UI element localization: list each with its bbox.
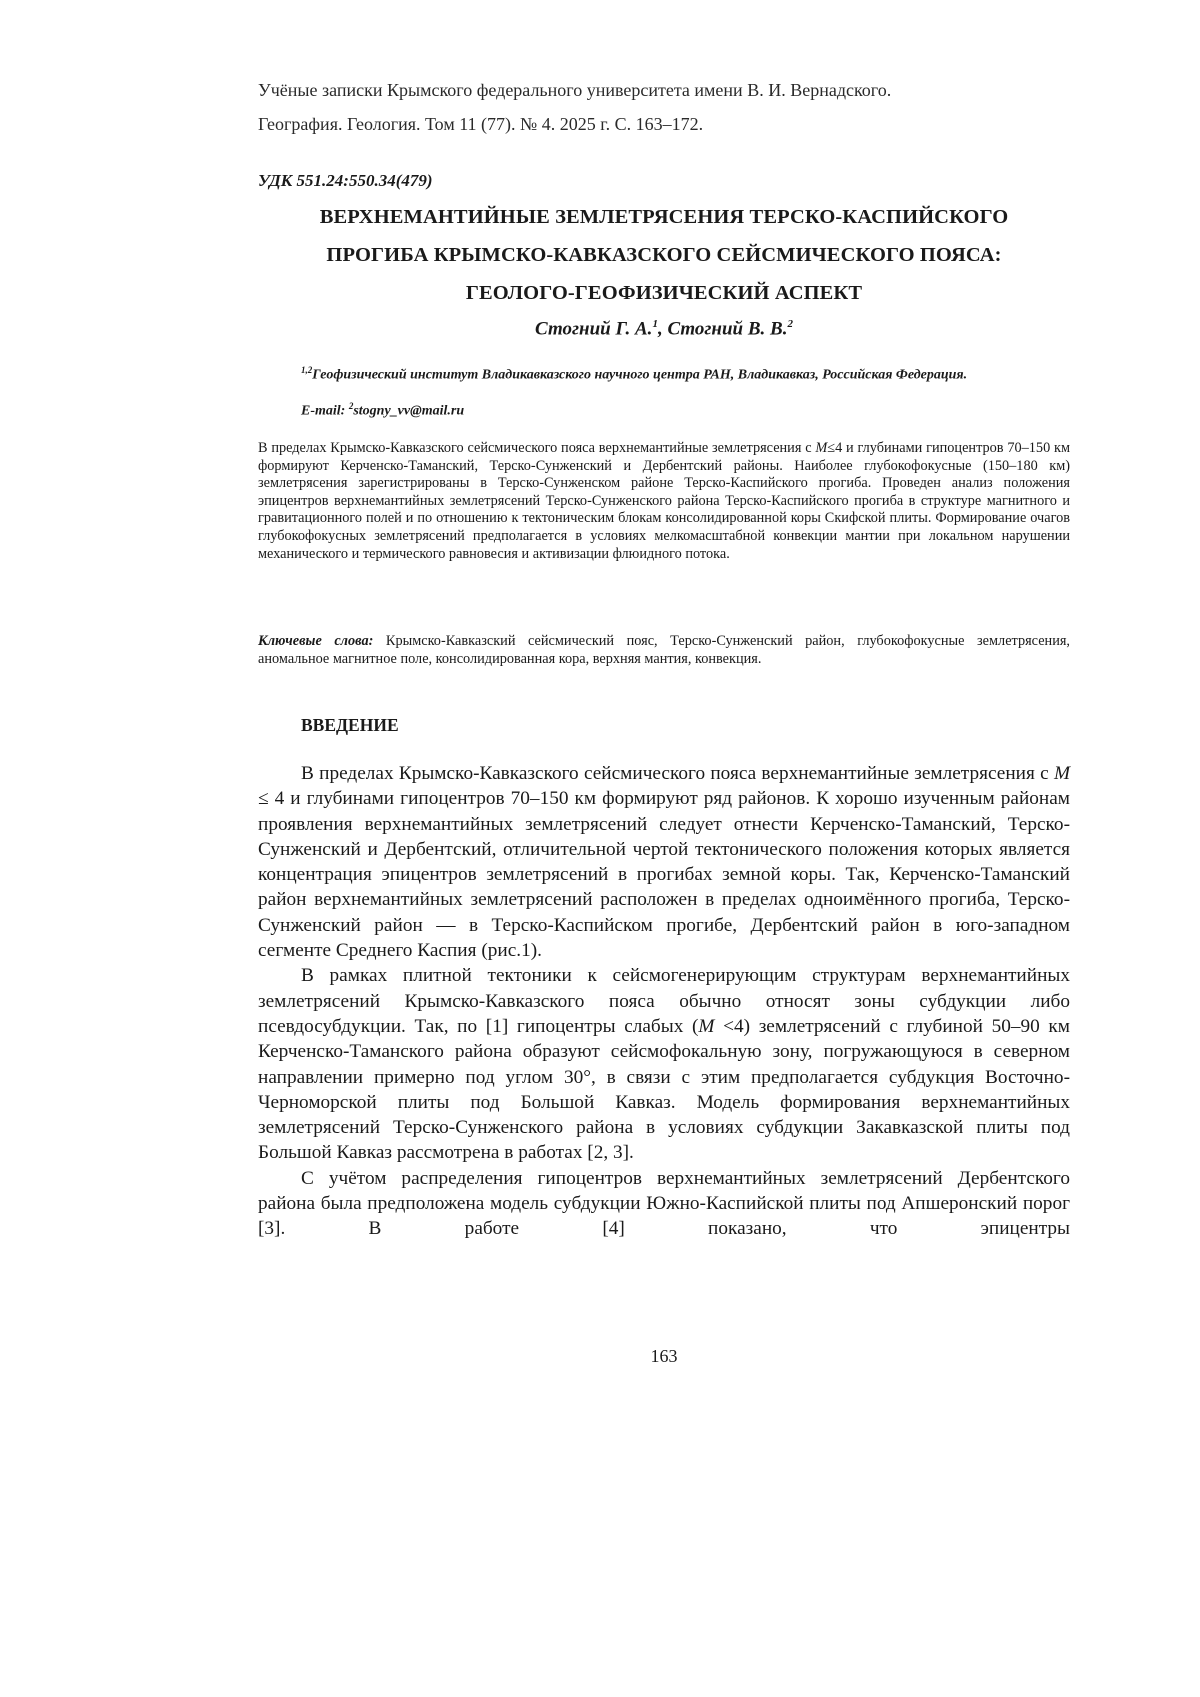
- body-text: В пределах Крымско-Кавказского сейсмичес…: [258, 761, 1070, 1242]
- udk-code: УДК 551.24:550.34(479): [258, 171, 433, 191]
- section-heading-introduction: ВВЕДЕНИЕ: [301, 715, 399, 736]
- affiliation: 1,2Геофизический институт Владикавказско…: [258, 361, 1070, 385]
- abstract-text-2: ≤4 и глубинами гипоцентров 70–150 км фор…: [258, 440, 1070, 562]
- abstract-text-1: В пределах Крымско-Кавказского сейсмичес…: [258, 440, 815, 456]
- paragraph-2: В рамках плитной тектоники к сейсмогенер…: [258, 963, 1070, 1165]
- abstract: В пределах Крымско-Кавказского сейсмичес…: [258, 440, 1070, 563]
- keywords: Ключевые слова: Крымско-Кавказский сейсм…: [258, 633, 1070, 668]
- author-1: Стогний Г. А.: [535, 318, 652, 339]
- magnitude-symbol: M: [1054, 763, 1070, 784]
- page-number: 163: [258, 1346, 1070, 1367]
- keywords-label: Ключевые слова:: [258, 633, 373, 649]
- paragraph-1: В пределах Крымско-Кавказского сейсмичес…: [258, 761, 1070, 963]
- email-label: E-mail:: [301, 404, 349, 419]
- keywords-text: Крымско-Кавказский сейсмический пояс, Те…: [258, 633, 1070, 667]
- magnitude-symbol: M: [698, 1016, 714, 1037]
- paragraph-1-text-b: ≤ 4 и глубинами гипоцентров 70–150 км фо…: [258, 788, 1070, 961]
- affiliation-mark: 1,2: [301, 365, 312, 375]
- paragraph-2-text-b: <4) землетрясений с глубиной 50–90 км Ке…: [258, 1016, 1070, 1163]
- authors: Стогний Г. А.1, Стогний В. В.2: [258, 318, 1070, 340]
- journal-header-line1: Учёные записки Крымского федерального ун…: [258, 80, 891, 101]
- paragraph-3: С учётом распределения гипоцентров верхн…: [258, 1166, 1070, 1242]
- article-title-line2: ПРОГИБА КРЫМСКО-КАВКАЗСКОГО СЕЙСМИЧЕСКОГ…: [258, 244, 1070, 267]
- email-address[interactable]: stogny_vv@mail.ru: [353, 404, 464, 419]
- article-title-line3: ГЕОЛОГО-ГЕОФИЗИЧЕСКИЙ АСПЕКТ: [258, 282, 1070, 305]
- paragraph-1-text-a: В пределах Крымско-Кавказского сейсмичес…: [301, 763, 1054, 784]
- affiliation-text: Геофизический институт Владикавказского …: [312, 368, 967, 383]
- magnitude-symbol: M: [815, 440, 827, 456]
- author-separator: ,: [658, 318, 668, 339]
- email-line: E-mail: 2stogny_vv@mail.ru: [301, 401, 464, 420]
- journal-header-line2: География. Геология. Том 11 (77). № 4. 2…: [258, 114, 703, 135]
- author-2-affiliation-mark: 2: [787, 318, 793, 330]
- article-title-line1: ВЕРХНЕМАНТИЙНЫЕ ЗЕМЛЕТРЯСЕНИЯ ТЕРСКО-КАС…: [258, 206, 1070, 229]
- author-2: Стогний В. В.: [667, 318, 787, 339]
